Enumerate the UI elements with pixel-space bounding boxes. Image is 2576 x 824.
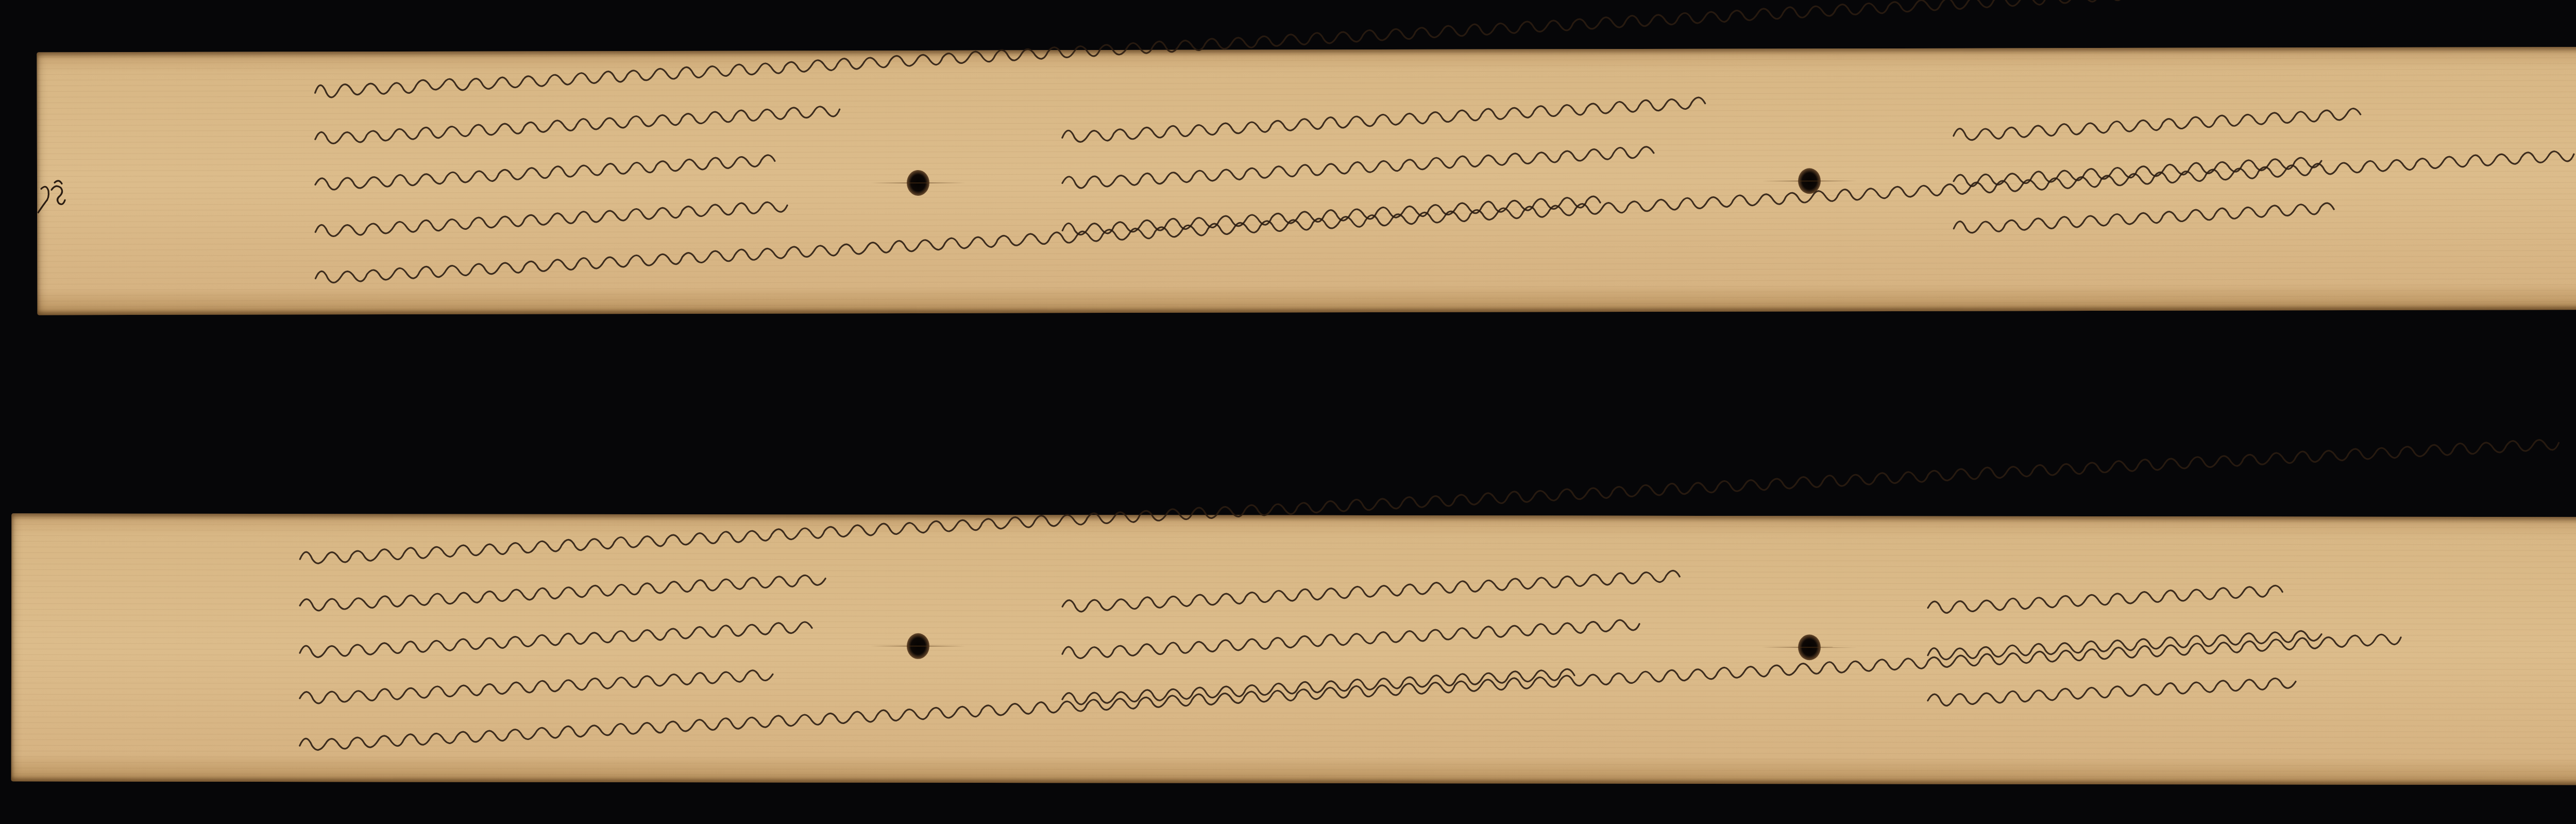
manuscript-line-2-block-1: [handwritten line 2 — three blocks aroun…: [300, 586, 794, 618]
manuscript-line-1: [handwritten line 1 — spans full width]: [315, 68, 2386, 104]
palm-leaf-top: ꩡꩢ [handwritten line 1 — spans full widt…: [37, 47, 2576, 315]
manuscript-line-4-block-2: [1062, 680, 1598, 712]
manuscript-line-4-block-3: [1928, 681, 2350, 714]
manuscript-line-4-block-1: [handwritten line 4 — three blocks aroun…: [315, 210, 779, 243]
manuscript-line-5: [handwritten line 5 — spans full width]: [315, 254, 2376, 290]
manuscript-line-5: [handwritten line 5 — spans full width]: [300, 725, 2361, 760]
palm-leaf-bottom: [handwritten line 1 — spans full width] …: [11, 513, 2576, 785]
manuscript-line-3-block-2: [1062, 162, 1681, 196]
manuscript-line-2-block-3: [1928, 588, 2340, 621]
manuscript-line-4-block-1: [handwritten line 4 — three blocks aroun…: [300, 679, 784, 711]
string-hole-right: [1798, 634, 1821, 660]
string-hole-right: [1798, 168, 1821, 194]
manuscript-line-2-block-2: [1062, 116, 1670, 149]
folio-number: ꩡꩢ: [37, 173, 68, 220]
string-hole-left: [907, 633, 929, 659]
manuscript-line-2-block-1: [handwritten line 2 — three blocks aroun…: [315, 117, 779, 150]
manuscript-line-3-block-1: [handwritten line 3 — three blocks aroun…: [315, 164, 779, 197]
manuscript-line-1: [handwritten line 1 — spans full width]: [300, 539, 2355, 574]
manuscript-line-2-block-2: [1062, 587, 1670, 620]
manuscript-line-4-block-3: [1954, 207, 2386, 240]
manuscript-line-3-block-1: [handwritten line 3 — three blocks aroun…: [300, 632, 794, 665]
manuscript-line-3-block-2: [1062, 633, 1660, 666]
manuscript-line-2-block-3: [1954, 114, 2397, 147]
string-hole-left: [907, 170, 929, 196]
